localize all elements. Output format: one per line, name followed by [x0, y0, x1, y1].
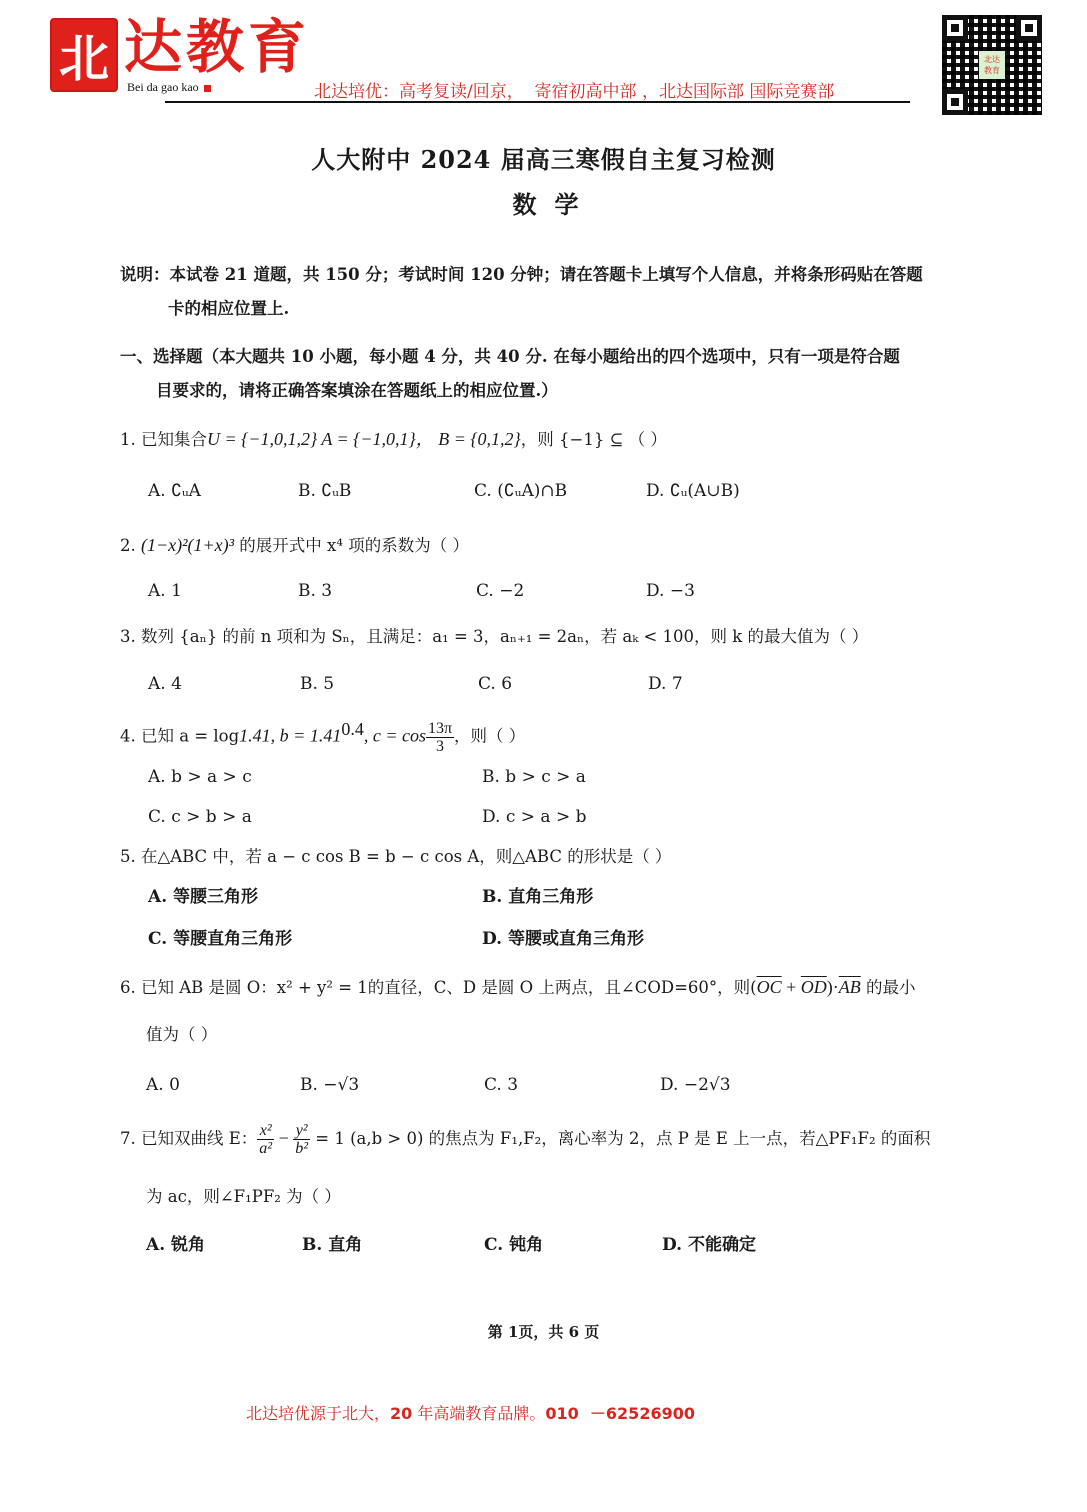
- question-2: 2. (1−x)²(1+x)³ 的展开式中 x⁴ 项的系数为（ ）: [120, 534, 469, 557]
- question-number: 7.: [120, 1129, 136, 1148]
- option-b[interactable]: B. 直角: [302, 1234, 362, 1256]
- brand-logo-pinyin: Bei da gao kao: [127, 80, 211, 95]
- option-b[interactable]: B. 5: [300, 673, 334, 695]
- option-c[interactable]: C. 等腰直角三角形: [148, 928, 292, 950]
- fraction-numerator: 13π: [426, 720, 454, 738]
- question-text: 已知集合: [141, 430, 207, 449]
- option-c[interactable]: C. 钝角: [484, 1234, 543, 1256]
- footer-ad-years: 20: [390, 1404, 412, 1423]
- question-text: 已知 AB 是圆 O：x² + y² = 1的直径，C、D 是圆 O 上两点，且…: [141, 978, 757, 997]
- option-d[interactable]: D. −2√3: [660, 1074, 731, 1096]
- qr-code-icon: 北达教育: [942, 15, 1042, 115]
- question-text: 已知双曲线 E：: [141, 1129, 257, 1148]
- option-c[interactable]: C. c > b > a: [148, 806, 252, 828]
- question-number: 5.: [120, 847, 136, 866]
- vector-ab: AB: [839, 977, 861, 997]
- option-c[interactable]: C. 6: [478, 673, 512, 695]
- footer-ad-phone: 010 －62526900: [545, 1404, 695, 1423]
- question-math: 1.41, b = 1.41: [239, 726, 341, 746]
- section-heading-line-2: 目要求的，请将正确答案填涂在答题纸上的相应位置.）: [156, 380, 558, 402]
- question-7-continued: 为 ac，则∠F₁PF₂ 为（ ）: [146, 1186, 341, 1208]
- question-text: 数列 {aₙ} 的前 n 项和为 Sₙ，且满足：a₁ = 3，aₙ₊₁ = 2a…: [141, 627, 868, 646]
- question-text: ，则 {−1} ⊆ （ ）: [521, 430, 667, 449]
- question-math: U = {−1,0,1,2} A = {−1,0,1}， B = {0,1,2}: [207, 429, 521, 449]
- fraction: y²b²: [293, 1122, 310, 1157]
- question-1: 1. 已知集合U = {−1,0,1,2} A = {−1,0,1}， B = …: [120, 428, 667, 451]
- fraction: 13π3: [426, 720, 454, 755]
- section-heading-line-1: 一、选择题（本大题共 10 小题，每小题 4 分，共 40 分. 在每小题给出的…: [120, 346, 900, 368]
- option-d[interactable]: D. −3: [646, 580, 695, 602]
- brand-logo-mark: 北: [50, 18, 118, 92]
- question-6-continued: 值为（ ）: [146, 1024, 217, 1046]
- question-number: 4.: [120, 727, 136, 746]
- question-text: 已知 a = log: [141, 727, 239, 746]
- option-c[interactable]: C. 3: [484, 1074, 518, 1096]
- question-4: 4. 已知 a = log1.41, b = 1.410.4, c = cos1…: [120, 710, 525, 756]
- vector-od: OD: [801, 977, 827, 997]
- question-math: , c = cos: [364, 726, 426, 746]
- option-a[interactable]: A. 等腰三角形: [148, 886, 258, 908]
- option-a[interactable]: A. 4: [148, 673, 182, 695]
- header-slogan: 北达培优：高考复读/回京， 寄宿初高中部 ，北达国际部 国际竞赛部: [314, 77, 834, 102]
- qr-finder-icon: [942, 89, 968, 115]
- question-text: 在△ABC 中，若 a − c cos B = b − c cos A，则△AB…: [141, 847, 671, 866]
- question-number: 3.: [120, 627, 136, 646]
- option-a[interactable]: A. b > a > c: [148, 766, 252, 788]
- option-d[interactable]: D. 不能确定: [662, 1234, 756, 1256]
- question-number: 2.: [120, 536, 136, 555]
- question-text: 的展开式中 x⁴ 项的系数为（ ）: [234, 536, 469, 555]
- option-a[interactable]: A. 1: [148, 580, 182, 602]
- fraction-numerator: x²: [257, 1122, 274, 1140]
- question-7: 7. 已知双曲线 E：x²a² − y²b² = 1 (a,b > 0) 的焦点…: [120, 1118, 930, 1159]
- brand-logo-text: 达教育: [124, 14, 310, 80]
- option-c[interactable]: C. (∁ᵤA)∩B: [474, 480, 567, 502]
- option-b[interactable]: B. 直角三角形: [482, 886, 593, 908]
- footer-ad-text: 年高端教育品牌。: [412, 1404, 545, 1423]
- question-math: (1−x)²(1+x)³: [141, 535, 234, 555]
- instructions-line-1: 说明：本试卷 21 道题，共 150 分；考试时间 120 分钟；请在答题卡上填…: [120, 264, 923, 286]
- question-number: 6.: [120, 978, 136, 997]
- qr-label: 北达: [984, 55, 1000, 64]
- qr-label: 教育: [984, 66, 1000, 75]
- red-square-icon: [204, 85, 211, 92]
- header-divider: [165, 101, 910, 103]
- question-number: 1.: [120, 430, 136, 449]
- footer-advert: 北达培优源于北大，20 年高端教育品牌。010 －62526900: [246, 1401, 695, 1424]
- option-d[interactable]: D. ∁ᵤ(A∪B): [646, 480, 740, 502]
- exam-title: 人大附中 2024 届高三寒假自主复习检测: [0, 140, 1087, 175]
- question-text: 的最小: [861, 978, 916, 997]
- option-c[interactable]: C. −2: [476, 580, 524, 602]
- fraction-denominator: b²: [293, 1140, 310, 1157]
- question-3: 3. 数列 {aₙ} 的前 n 项和为 Sₙ，且满足：a₁ = 3，aₙ₊₁ =…: [120, 626, 868, 648]
- option-a[interactable]: A. 锐角: [146, 1234, 205, 1256]
- option-d[interactable]: D. 7: [648, 673, 683, 695]
- logo-pinyin-text: Bei da gao kao: [127, 80, 199, 94]
- qr-center-badge: 北达教育: [979, 51, 1005, 79]
- instructions-line-2: 卡的相应位置上.: [168, 298, 289, 320]
- question-5: 5. 在△ABC 中，若 a − c cos B = b − c cos A，则…: [120, 846, 671, 868]
- logo-char: 北: [59, 19, 109, 91]
- footer-ad-text: 北达培优源于北大，: [246, 1404, 390, 1423]
- option-b[interactable]: B. b > c > a: [482, 766, 586, 788]
- fraction-denominator: a²: [257, 1140, 274, 1157]
- option-a[interactable]: A. 0: [146, 1074, 180, 1096]
- page-number: 第 1页，共 6 页: [0, 1321, 1087, 1342]
- operator: )·: [827, 977, 839, 997]
- option-d[interactable]: D. 等腰或直角三角形: [482, 928, 644, 950]
- qr-finder-icon: [1016, 15, 1042, 41]
- option-d[interactable]: D. c > a > b: [482, 806, 586, 828]
- question-text: ，则（ ）: [454, 727, 525, 746]
- option-a[interactable]: A. ∁ᵤA: [148, 480, 201, 502]
- qr-finder-icon: [942, 15, 968, 41]
- exponent: 0.4: [341, 719, 364, 739]
- fraction: x²a²: [257, 1122, 274, 1157]
- operator: +: [782, 977, 801, 997]
- exam-subject: 数学: [0, 185, 1087, 220]
- option-b[interactable]: B. −√3: [300, 1074, 359, 1096]
- option-b[interactable]: B. 3: [298, 580, 332, 602]
- fraction-denominator: 3: [426, 738, 454, 755]
- question-text: = 1 (a,b > 0) 的焦点为 F₁,F₂，离心率为 2，点 P 是 E …: [310, 1129, 930, 1148]
- fraction-numerator: y²: [293, 1122, 310, 1140]
- option-b[interactable]: B. ∁ᵤB: [298, 480, 351, 502]
- vector-oc: OC: [757, 977, 782, 997]
- question-6: 6. 已知 AB 是圆 O：x² + y² = 1的直径，C、D 是圆 O 上两…: [120, 976, 916, 999]
- operator: −: [274, 1128, 293, 1148]
